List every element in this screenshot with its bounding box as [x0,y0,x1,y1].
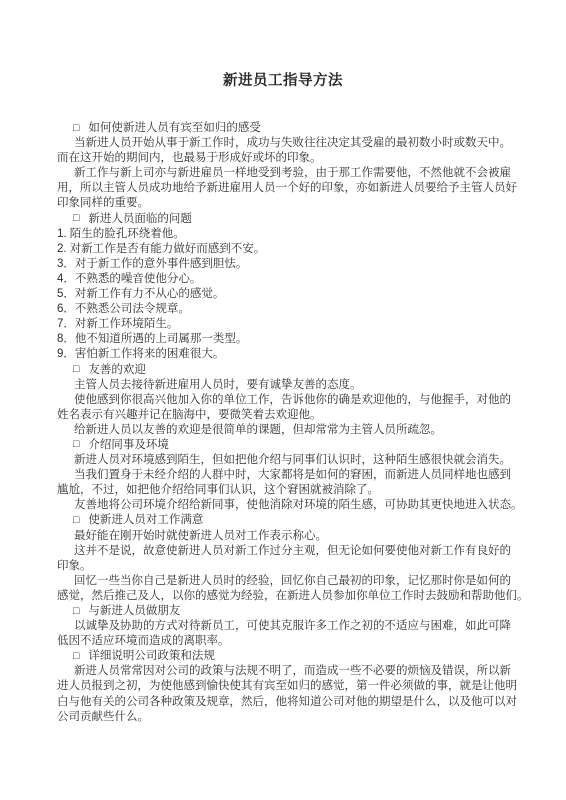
list-item: 5．对新工作有力不从心的感觉。 [57,287,535,302]
paragraph-line: 尴尬，不过，如把他介绍给同事们认识，这个窘困就被消除了。 [57,483,535,498]
section-heading: □如何使新进人员有宾至如归的感受 [57,121,535,136]
section-heading-text: 介绍同事及环境 [88,439,169,451]
paragraph-line: 印象。 [57,559,535,574]
list-item: 1. 陌生的脸孔环绕着他。 [57,227,535,242]
section-heading-text: 详细说明公司政策和法规 [88,650,215,662]
section-heading-text: 如何使新进人员有宾至如归的感受 [88,122,261,134]
section-heading: □新进人员面临的问题 [57,212,535,227]
list-item: 9．害怕新工作将来的困难很大。 [57,347,535,362]
document-title: 新进员工指导方法 [0,72,566,90]
paragraph-line: 友善地将公司环境介绍给新同事，使他消除对环境的陌生感，可协助其更快地进入状态。 [57,498,535,513]
list-item: 2. 对新工作是否有能力做好而感到不安。 [57,242,535,257]
section-square-icon: □ [73,604,79,619]
section-heading-text: 使新进人员对工作满意 [88,514,203,526]
section-heading: □详细说明公司政策和法规 [57,649,535,664]
paragraph-line: 当新进人员开始从事于新工作时，成功与失败往往决定其受雇的最初数小时或数天中。 [57,136,535,151]
paragraph-line: 低因不适应环境而造成的离职率。 [57,634,535,649]
paragraph-line: 主管人员去接待新进雇用人员时，要有诚挚友善的态度。 [57,378,535,393]
paragraph-line: 新进人员常常因对公司的政策与法规不明了，而造成一些不必要的烦恼及错误，所以新 [57,664,535,679]
section-heading-text: 与新进人员做朋友 [88,605,180,617]
document-page: 新进员工指导方法 □如何使新进人员有宾至如归的感受当新进人员开始从事于新工作时，… [0,0,566,800]
section-square-icon: □ [73,211,79,226]
paragraph-line: 最好能在刚开始时就使新进人员对工作表示称心。 [57,529,535,544]
paragraph-line: 使他感到你很高兴他加入你的单位工作，告诉他你的确是欢迎他的，与他握手，对他的 [57,393,535,408]
section-square-icon: □ [73,649,79,664]
list-item: 7．对新工作环境陌生。 [57,317,535,332]
section-heading: □介绍同事及环境 [57,438,535,453]
paragraph-line: 印象同样的重要。 [57,196,535,211]
list-item: 8．他不知道所遇的上司属那一类型。 [57,332,535,347]
section-heading: □与新进人员做朋友 [57,604,535,619]
paragraph-line: 用，所以主管人员成功地给予新进雇用人员一个好的印象，亦如新进人员要给予主管人员好 [57,181,535,196]
paragraph-line: 感觉，然后推己及人，以你的感觉为经验，在新进人员参加你单位工作时去鼓励和帮助他们… [57,589,535,604]
list-item: 4．不熟悉的噪音使他分心。 [57,272,535,287]
document-body: □如何使新进人员有宾至如归的感受当新进人员开始从事于新工作时，成功与失败往往决定… [57,121,535,725]
section-heading-text: 友善的欢迎 [88,364,146,376]
paragraph-line: 姓名表示有兴趣并记在脑海中，要微笑着去欢迎他。 [57,408,535,423]
list-item: 6．不熟悉公司法令规章。 [57,302,535,317]
paragraph-line: 新工作与新上司亦与新进雇员一样地受到考验，由于那工作需要他，不然他就不会被雇 [57,166,535,181]
paragraph-line: 回忆一些当你自己是新进人员时的经验，回忆你自己最初的印象，记忆那时你是如何的 [57,574,535,589]
paragraph-line: 进人员报到之初，为使他感到愉快使其有宾至如归的感觉，第一件必须做的事，就是让他明 [57,679,535,694]
paragraph-line: 这并不是说，故意使新进人员对新工作过分主观，但无论如何要使他对新工作有良好的 [57,544,535,559]
paragraph-line: 新进人员对环境感到陌生，但如把他介绍与同事们认识时，这种陌生感很快就会消失。 [57,453,535,468]
paragraph-line: 当我们置身于未经介绍的人群中时，大家都将是如何的窘困，而新进人员同样地也感到 [57,468,535,483]
paragraph-line: 公司贡献些什么。 [57,710,535,725]
section-square-icon: □ [73,513,79,528]
section-square-icon: □ [73,437,79,452]
paragraph-line: 以诚挚及协助的方式对待新员工，可使其克服许多工作之初的不适应与困难，如此可降 [57,619,535,634]
list-item: 3．对于新工作的意外事件感到胆怯。 [57,257,535,272]
section-square-icon: □ [73,121,79,136]
section-heading: □友善的欢迎 [57,363,535,378]
paragraph-line: 而在这开始的期间内，也最易于形成好或坏的印象。 [57,151,535,166]
section-heading-text: 新进人员面临的问题 [88,213,192,225]
section-heading: □使新进人员对工作满意 [57,513,535,528]
paragraph-line: 白与他有关的公司各种政策及规章，然后，他将知道公司对他的期望是什么，以及他可以对 [57,695,535,710]
section-square-icon: □ [73,362,79,377]
paragraph-line: 给新进人员以友善的欢迎是很简单的课题，但却常常为主管人员所疏忽。 [57,423,535,438]
